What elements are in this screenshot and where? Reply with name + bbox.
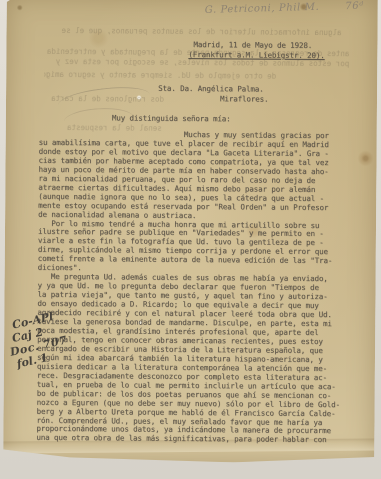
fold-crease	[1, 439, 376, 454]
recipient-city: Miraflores.	[220, 95, 268, 104]
scan-background: alguna informacion ulterior de los asunt…	[0, 0, 381, 479]
text-line: de otro ejemplo de Ud. siempre atento y …	[44, 70, 276, 81]
sender-address: (Frankfurt a.M. Liebigstr. 20).	[188, 51, 324, 61]
text-line: alguna informacion ulterior de los asunt…	[57, 26, 342, 37]
pencil-classification-note: G. Petriconi, Phil M.76ᵈ	[205, 1, 364, 16]
pencil-note-text: G. Petriconi, Phil M.	[205, 2, 320, 16]
letter-body: Muchas y muy sentidas gracias porsu amab…	[36, 130, 342, 446]
pencil-note-number: 76ᵈ	[345, 1, 364, 12]
salutation: Muy distinguida señora mía:	[112, 114, 231, 124]
recipient-name: Sta. Da. Angélica Palma.	[158, 85, 264, 95]
letter-page: alguna informacion ulterior de los asunt…	[3, 0, 378, 463]
